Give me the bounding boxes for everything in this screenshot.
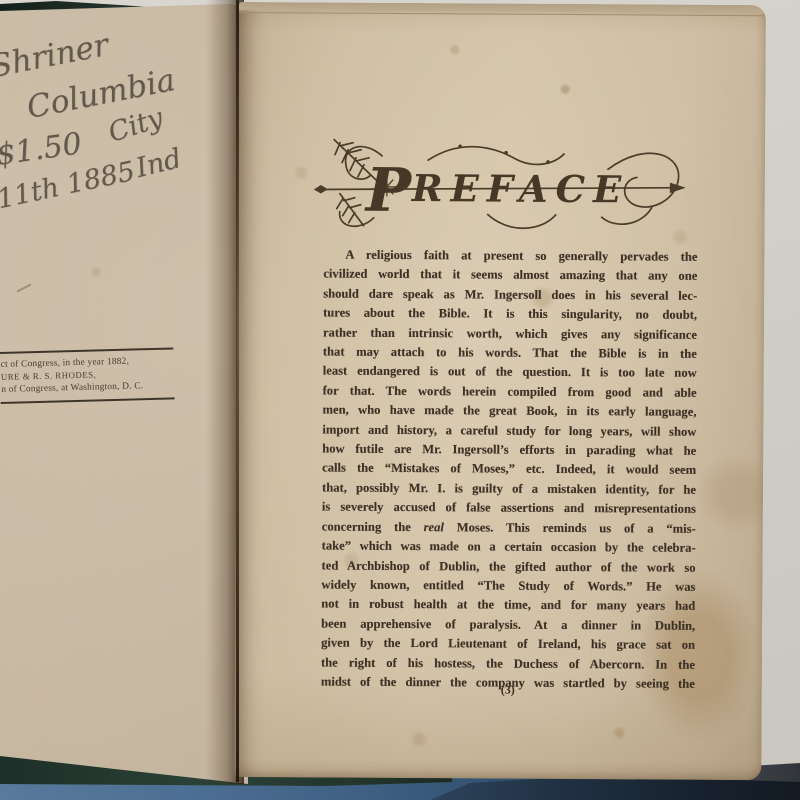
preface-line: how futile are Mr. Ingersoll’s efforts i… [322, 440, 696, 462]
preface-line: least endangered is out of the question.… [323, 362, 697, 384]
preface-line: ted Archbishop of Dublin, the gifted aut… [321, 556, 695, 578]
preface-line: civilized world that it seems almost ama… [323, 265, 697, 287]
preface-line: been apprehensive of paralysis. At a din… [321, 614, 695, 636]
preface-line: should dare speak as Mr. Ingersoll does … [323, 284, 697, 306]
preface-line: tures about the Bible. It is this singul… [323, 304, 697, 326]
preface-page: P REFACE A religious faith at present so… [234, 2, 766, 780]
preface-line: A religious faith at present so generall… [323, 246, 697, 268]
preface-line: widely known, entitled “The Study of Wor… [321, 575, 695, 597]
preface-ornament-drawing: P REFACE [310, 133, 701, 239]
preface-line: men, who have made the great Book, in it… [322, 401, 696, 423]
preface-title-rest: REFACE [411, 166, 630, 211]
open-book-photo: Shriner Columbia City $1.50 Ind 11th 188… [0, 0, 800, 800]
preface-line: not in robust health at the time, and fo… [321, 595, 695, 617]
preface-ornament: P REFACE [310, 133, 701, 239]
copyright-notice-fragment: ct of Congress, in the year 1882, URE & … [0, 347, 183, 404]
preface-line: the right of his hostess, the Duchess of… [321, 653, 695, 675]
preface-line: that, possibly Mr. I. is guilty of a mis… [322, 478, 696, 500]
page-top-edge [239, 2, 766, 16]
preface-line: is severely accused of false assertions … [322, 498, 696, 520]
preface-line: rather than intrinsic worth, which gives… [323, 323, 697, 345]
preface-line: concerning the real Moses. This reminds … [322, 517, 696, 539]
preface-line: calls the “Mistakes of Moses,” etc. Inde… [322, 459, 696, 481]
page-number: (3) [321, 682, 695, 699]
preface-line: take” which was made on a certain occasi… [322, 537, 696, 559]
preface-body: A religious faith at present so generall… [321, 246, 698, 695]
preface-title-initial: P [364, 156, 413, 226]
preface-line: for that. The words herein compiled from… [323, 381, 697, 403]
preface-line: that may attach to his words. That the B… [323, 343, 697, 365]
gutter-crease [236, 0, 239, 782]
preface-line: given by the Lord Lieutenant of Ireland,… [321, 634, 695, 656]
preface-line: import and history, a careful study for … [322, 420, 696, 442]
